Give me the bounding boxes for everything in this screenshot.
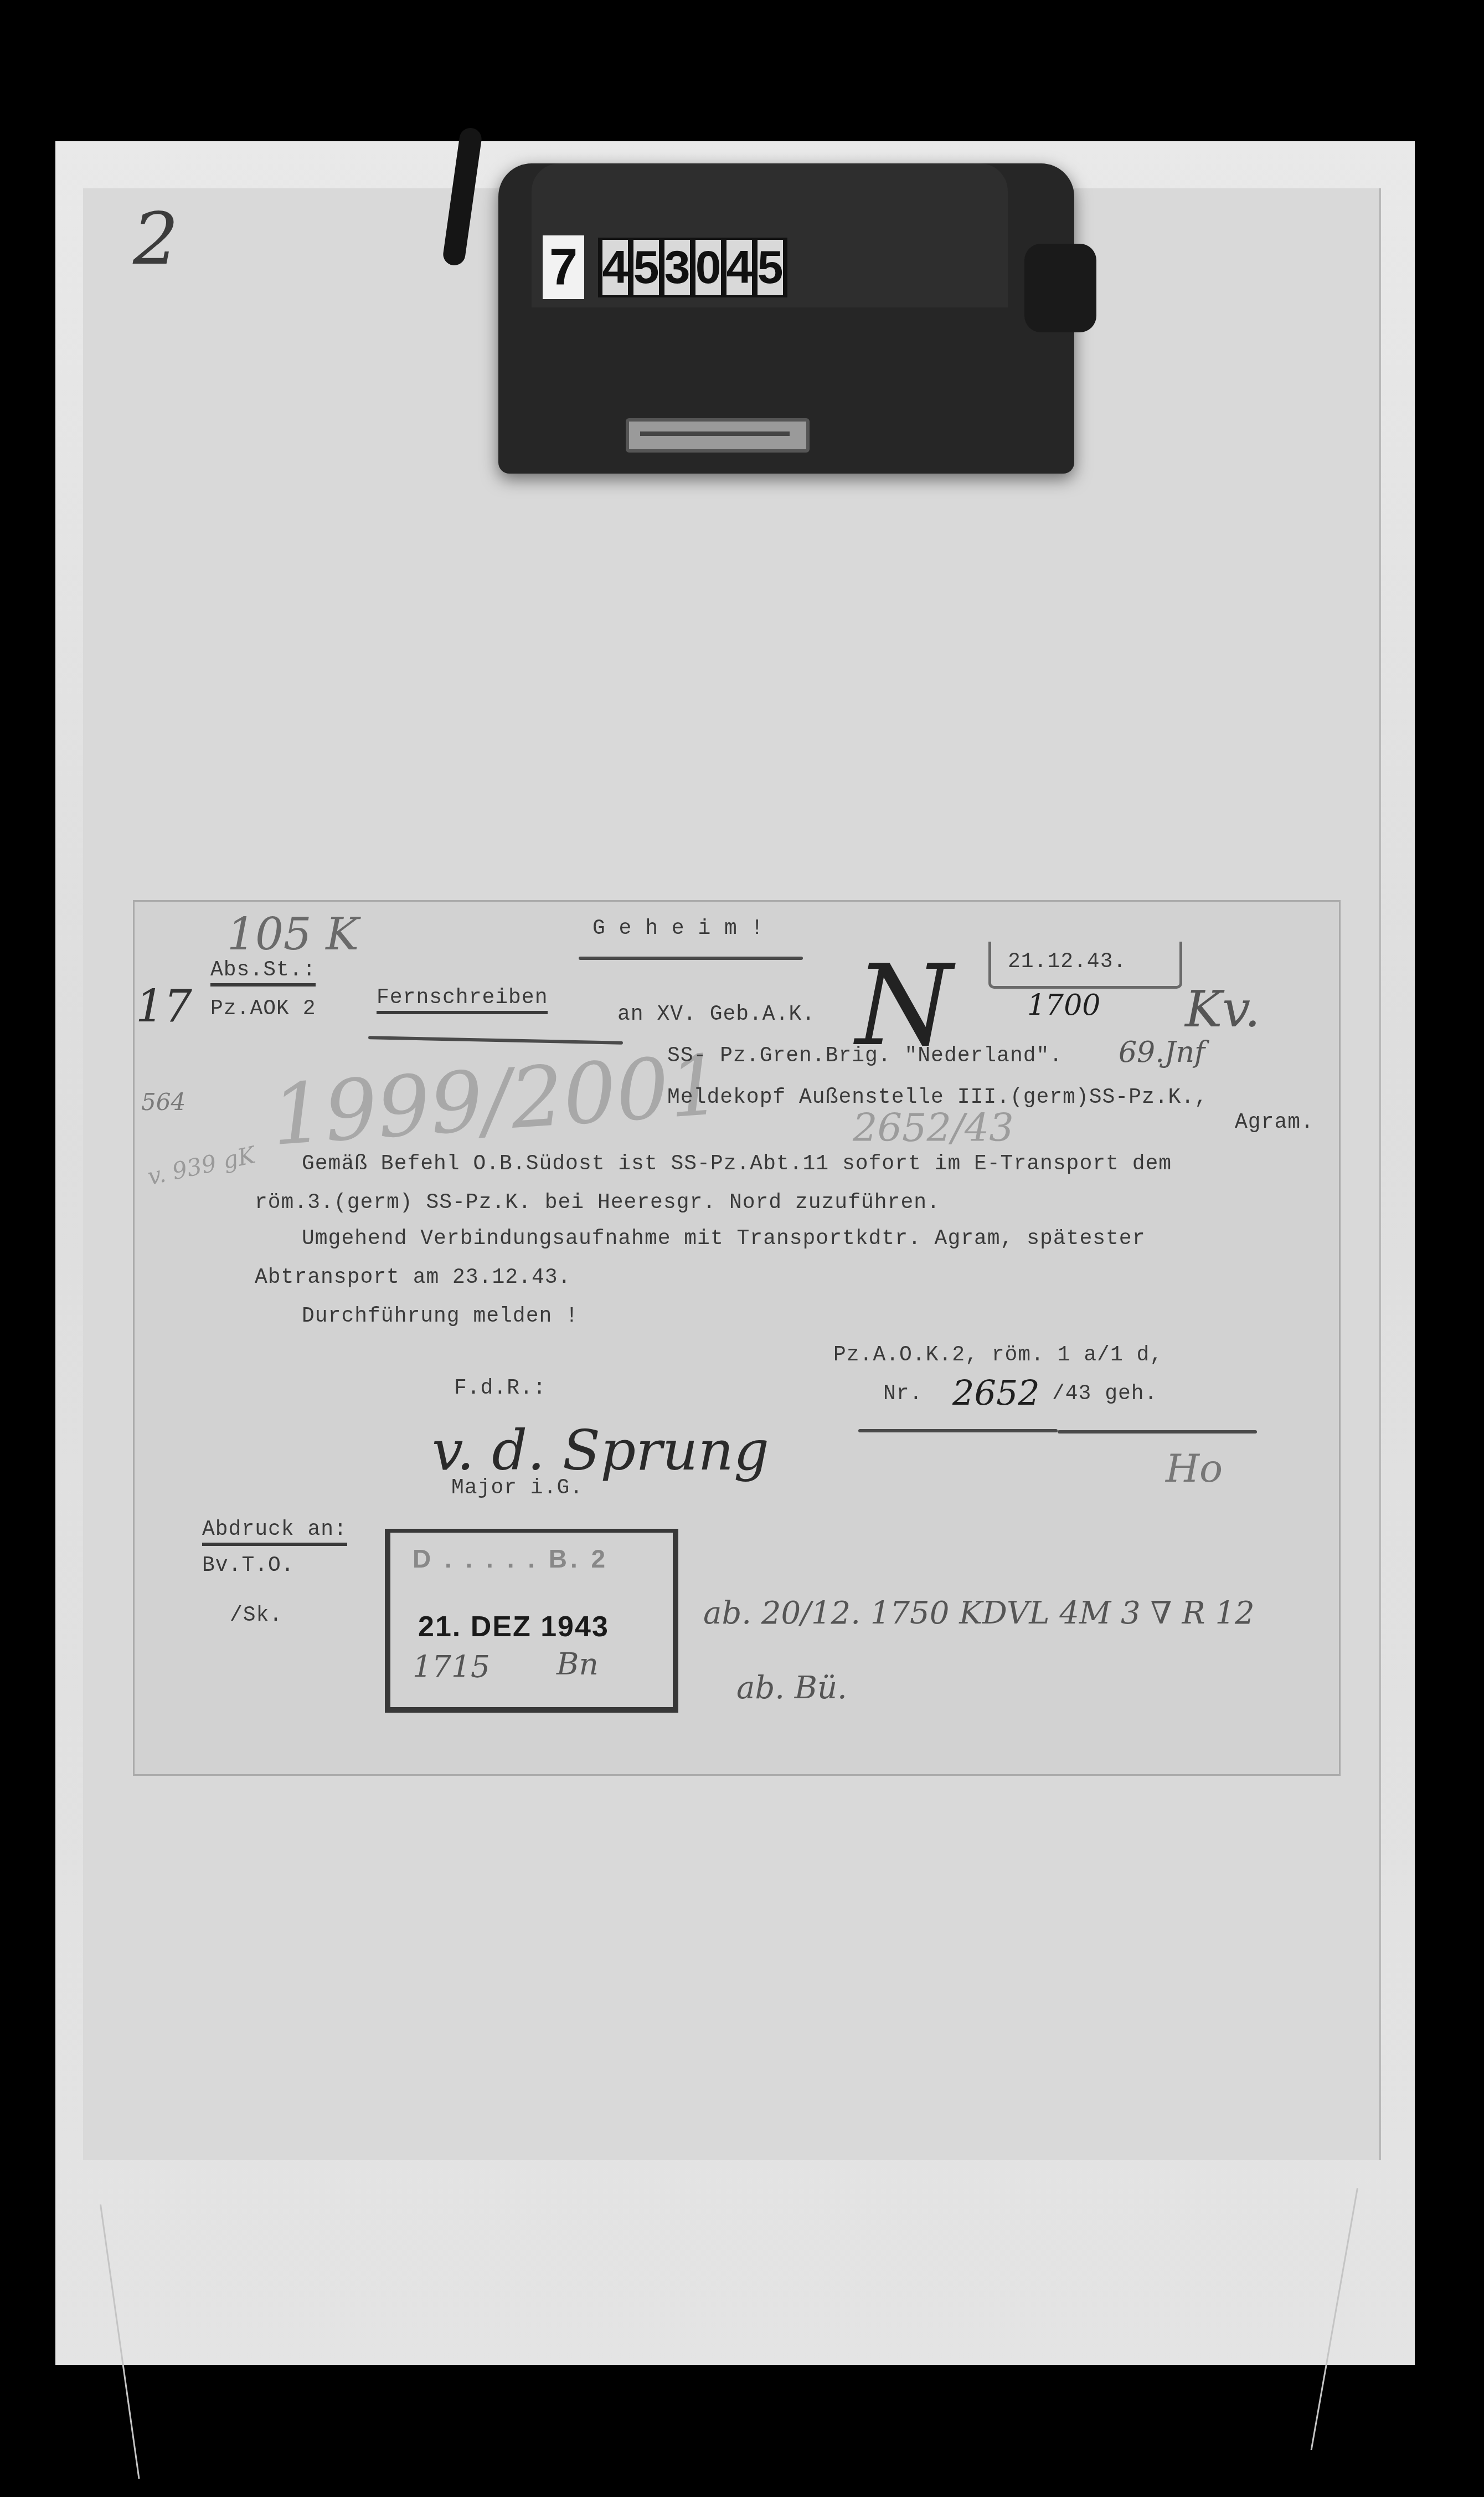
date-bracket: [988, 942, 1182, 989]
recipient: SS- Pz.Gren.Brig. "Nederland".: [667, 1044, 1063, 1068]
handwritten-time: 1700: [1027, 989, 1100, 1022]
body-line: röm.3.(germ) SS-Pz.K. bei Heeresgr. Nord…: [255, 1191, 940, 1215]
recipient: Agram.: [1235, 1111, 1314, 1134]
counter-digit: 0: [695, 240, 721, 295]
classification-underline: [579, 957, 803, 960]
stamp-time: 1715: [413, 1649, 490, 1684]
reference-nr-suffix: /43 geh.: [1052, 1382, 1157, 1406]
handwritten-note: ab. 20/12. 1750 KDVL 4M 3 ∇ R 12: [703, 1595, 1255, 1631]
counter-digit: 4: [602, 240, 628, 295]
counter-first-digit: 7: [543, 235, 584, 299]
classification-heading: G e h e i m !: [592, 917, 764, 941]
reference-line: Pz.A.O.K.2, röm. 1 a/1 d,: [833, 1343, 1163, 1367]
body-line: Durchführung melden !: [302, 1304, 579, 1328]
body-line: Umgehend Verbindungsaufnahme mit Transpo…: [302, 1227, 1145, 1251]
signature-fdr: F.d.R.:: [454, 1376, 547, 1400]
copies-item: /Sk.: [230, 1604, 282, 1627]
pencil-register-number: 2652/43: [853, 1105, 1014, 1150]
telex-document: [133, 900, 1341, 1776]
corner-mark: Ho: [1166, 1446, 1223, 1491]
reference-underline: [1058, 1430, 1257, 1434]
counter-window: [626, 418, 810, 453]
counter-digit: 5: [758, 240, 783, 295]
handwritten-note: ab. Bü.: [736, 1670, 847, 1706]
pencil-page-number: 105 K: [227, 908, 359, 960]
body-line: Abtransport am 23.12.43.: [255, 1266, 571, 1289]
sender-label: Abs.St.:: [210, 958, 316, 987]
recipient-annotation: 69.Jnf: [1119, 1036, 1205, 1069]
counter-display: 7 4 5 3 0 4 5: [543, 235, 787, 299]
margin-note: 564: [141, 1088, 185, 1116]
margin-note: 17: [136, 980, 192, 1032]
receipt-stamp: D . . . . . B. 2 21. DEZ 1943 1715 Bn: [385, 1529, 678, 1713]
page-marker: 2: [133, 197, 179, 281]
copies-label: Abdruck an:: [202, 1518, 347, 1546]
copies-item: Bv.T.O.: [202, 1554, 295, 1578]
recipient: an XV. Geb.A.K.: [617, 1003, 815, 1026]
signature-rank: Major i.G.: [451, 1476, 583, 1500]
stamp-date: 21. DEZ 1943: [418, 1610, 609, 1643]
stamp-header: D . . . . . B. 2: [413, 1544, 609, 1574]
stamp-initials: Bn: [556, 1646, 599, 1682]
counter-knob: [1024, 244, 1096, 332]
reference-nr-label: Nr.: [883, 1382, 923, 1406]
signature: v. d. Sprung: [432, 1418, 769, 1483]
body-line: Gemäß Befehl O.B.Südost ist SS-Pz.Abt.11…: [302, 1152, 1172, 1176]
counter-digit: 3: [664, 240, 690, 295]
counter-digit: 4: [726, 240, 752, 295]
counter-digit: 5: [633, 240, 659, 295]
sender: Pz.AOK 2: [210, 997, 316, 1021]
document-type: Fernschreiben: [377, 986, 548, 1014]
reference-nr-value: 2652: [952, 1373, 1040, 1413]
reference-underline: [858, 1429, 1058, 1432]
recipient: Meldekopf Außenstelle III.(germ)SS-Pz.K.…: [667, 1086, 1208, 1109]
handwritten-initials: Kv.: [1185, 980, 1260, 1039]
